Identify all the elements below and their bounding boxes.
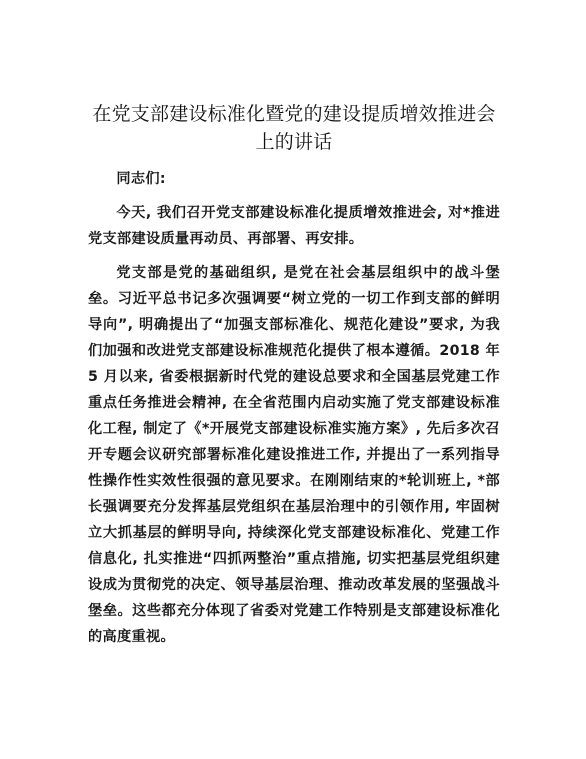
paragraph-1: 今天, 我们召开党支部建设标准化提质增效推进会, 对*推进党支部建设质量再动员、… bbox=[88, 200, 500, 252]
document-title: 在党支部建设标准化暨党的建设提质增效推进会上的讲话 bbox=[88, 100, 500, 156]
document-page: 在党支部建设标准化暨党的建设提质增效推进会上的讲话 同志们: 今天, 我们召开党… bbox=[88, 100, 500, 650]
salutation: 同志们: bbox=[88, 166, 500, 192]
paragraph-2: 党支部是党的基础组织, 是党在社会基层组织中的战斗堡垒。习近平总书记多次强调要“… bbox=[88, 260, 500, 650]
